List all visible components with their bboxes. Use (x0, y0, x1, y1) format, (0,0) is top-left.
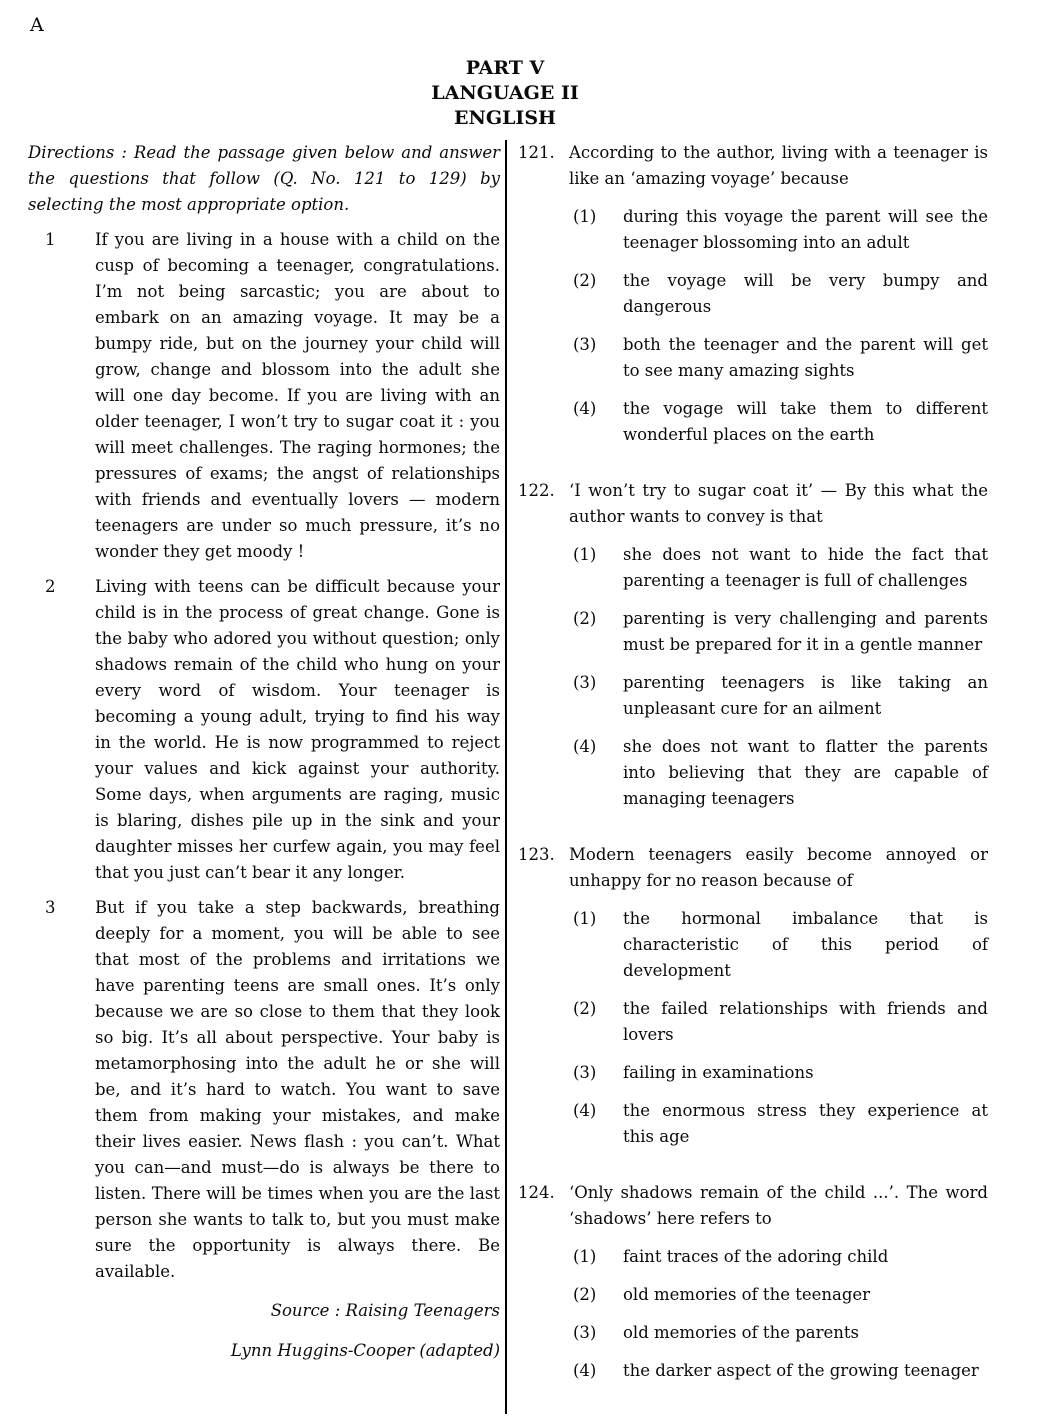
answer-option: (4) the darker aspect of the growing tee… (569, 1358, 988, 1384)
option-text: old memories of the teenager (623, 1282, 988, 1308)
passage-column: Directions : Read the passage given belo… (0, 140, 507, 1414)
passage-paragraph: 3 But if you take a step backwards, brea… (28, 895, 500, 1285)
option-text: she does not want to flatter the parents… (623, 734, 988, 812)
answer-option: (2) parenting is very challenging and pa… (569, 606, 988, 658)
option-text: parenting teenagers is like taking an un… (623, 670, 988, 722)
option-label: (1) (573, 1244, 623, 1270)
option-label: (3) (573, 1320, 623, 1346)
subject-title: ENGLISH (0, 106, 1010, 131)
question-number: 123. (518, 842, 569, 1150)
answer-option: (4) she does not want to flatter the par… (569, 734, 988, 812)
question-123: 123. Modern teenagers easily become anno… (518, 842, 988, 1150)
question-number: 122. (518, 478, 569, 812)
question-body: ‘I won’t try to sugar coat it’ — By this… (569, 478, 988, 812)
answer-option: (1) she does not want to hide the fact t… (569, 542, 988, 594)
answer-option: (4) the vogage will take them to differe… (569, 396, 988, 448)
option-label: (3) (573, 1060, 623, 1086)
exam-page: A PART V LANGUAGE II ENGLISH Directions … (0, 0, 1044, 1419)
option-text: the enormous stress they experience at t… (623, 1098, 988, 1150)
option-text: failing in examinations (623, 1060, 988, 1086)
paragraph-number: 1 (28, 227, 95, 565)
answer-option: (3) both the teenager and the parent wil… (569, 332, 988, 384)
option-text: the hormonal imbalance that is character… (623, 906, 988, 984)
option-text: both the teenager and the parent will ge… (623, 332, 988, 384)
question-text: ‘I won’t try to sugar coat it’ — By this… (569, 478, 988, 530)
option-label: (4) (573, 396, 623, 448)
source-attribution: Source : Raising Teenagers (28, 1298, 500, 1324)
option-label: (2) (573, 1282, 623, 1308)
paragraph-number: 3 (28, 895, 95, 1285)
answer-option: (3) old memories of the parents (569, 1320, 988, 1346)
directions-text: Directions : Read the passage given belo… (28, 140, 500, 218)
option-label: (3) (573, 670, 623, 722)
passage-paragraph: 2 Living with teens can be difficult bec… (28, 574, 500, 886)
paragraph-text: But if you take a step backwards, breath… (95, 895, 500, 1285)
passage-paragraph: 1 If you are living in a house with a ch… (28, 227, 500, 565)
question-124: 124. ‘Only shadows remain of the child .… (518, 1180, 988, 1384)
option-text: the darker aspect of the growing teenage… (623, 1358, 988, 1384)
option-text: faint traces of the adoring child (623, 1244, 988, 1270)
two-column-layout: Directions : Read the passage given belo… (0, 140, 1044, 1414)
option-label: (4) (573, 1358, 623, 1384)
question-number: 121. (518, 140, 569, 448)
answer-option: (4) the enormous stress they experience … (569, 1098, 988, 1150)
question-122: 122. ‘I won’t try to sugar coat it’ — By… (518, 478, 988, 812)
option-label: (3) (573, 332, 623, 384)
question-body: Modern teenagers easily become annoyed o… (569, 842, 988, 1150)
paragraph-text: Living with teens can be difficult becau… (95, 574, 500, 886)
answer-option: (2) the failed relationships with friend… (569, 996, 988, 1048)
paragraph-number: 2 (28, 574, 95, 886)
option-label: (2) (573, 268, 623, 320)
question-number: 124. (518, 1180, 569, 1384)
option-label: (1) (573, 204, 623, 256)
option-text: old memories of the parents (623, 1320, 988, 1346)
question-text: Modern teenagers easily become annoyed o… (569, 842, 988, 894)
questions-column: 121. According to the author, living wit… (507, 140, 1044, 1414)
option-text: the vogage will take them to different w… (623, 396, 988, 448)
answer-option: (1) during this voyage the parent will s… (569, 204, 988, 256)
answer-option: (3) failing in examinations (569, 1060, 988, 1086)
option-label: (1) (573, 906, 623, 984)
page-header: PART V LANGUAGE II ENGLISH (0, 0, 1010, 131)
answer-option: (2) the voyage will be very bumpy and da… (569, 268, 988, 320)
answer-option: (3) parenting teenagers is like taking a… (569, 670, 988, 722)
question-121: 121. According to the author, living wit… (518, 140, 988, 448)
answer-option: (1) the hormonal imbalance that is chara… (569, 906, 988, 984)
option-text: she does not want to hide the fact that … (623, 542, 988, 594)
option-text: during this voyage the parent will see t… (623, 204, 988, 256)
option-label: (4) (573, 1098, 623, 1150)
question-body: According to the author, living with a t… (569, 140, 988, 448)
question-text: ‘Only shadows remain of the child ...’. … (569, 1180, 988, 1232)
option-label: (1) (573, 542, 623, 594)
part-title: PART V (0, 56, 1010, 81)
option-text: the failed relationships with friends an… (623, 996, 988, 1048)
question-body: ‘Only shadows remain of the child ...’. … (569, 1180, 988, 1384)
paragraph-text: If you are living in a house with a chil… (95, 227, 500, 565)
answer-option: (2) old memories of the teenager (569, 1282, 988, 1308)
option-label: (4) (573, 734, 623, 812)
author-attribution: Lynn Huggins-Cooper (adapted) (28, 1338, 500, 1364)
option-text: the voyage will be very bumpy and danger… (623, 268, 988, 320)
option-label: (2) (573, 606, 623, 658)
option-text: parenting is very challenging and parent… (623, 606, 988, 658)
version-letter: A (30, 12, 44, 38)
option-label: (2) (573, 996, 623, 1048)
language-title: LANGUAGE II (0, 81, 1010, 106)
question-text: According to the author, living with a t… (569, 140, 988, 192)
answer-option: (1) faint traces of the adoring child (569, 1244, 988, 1270)
